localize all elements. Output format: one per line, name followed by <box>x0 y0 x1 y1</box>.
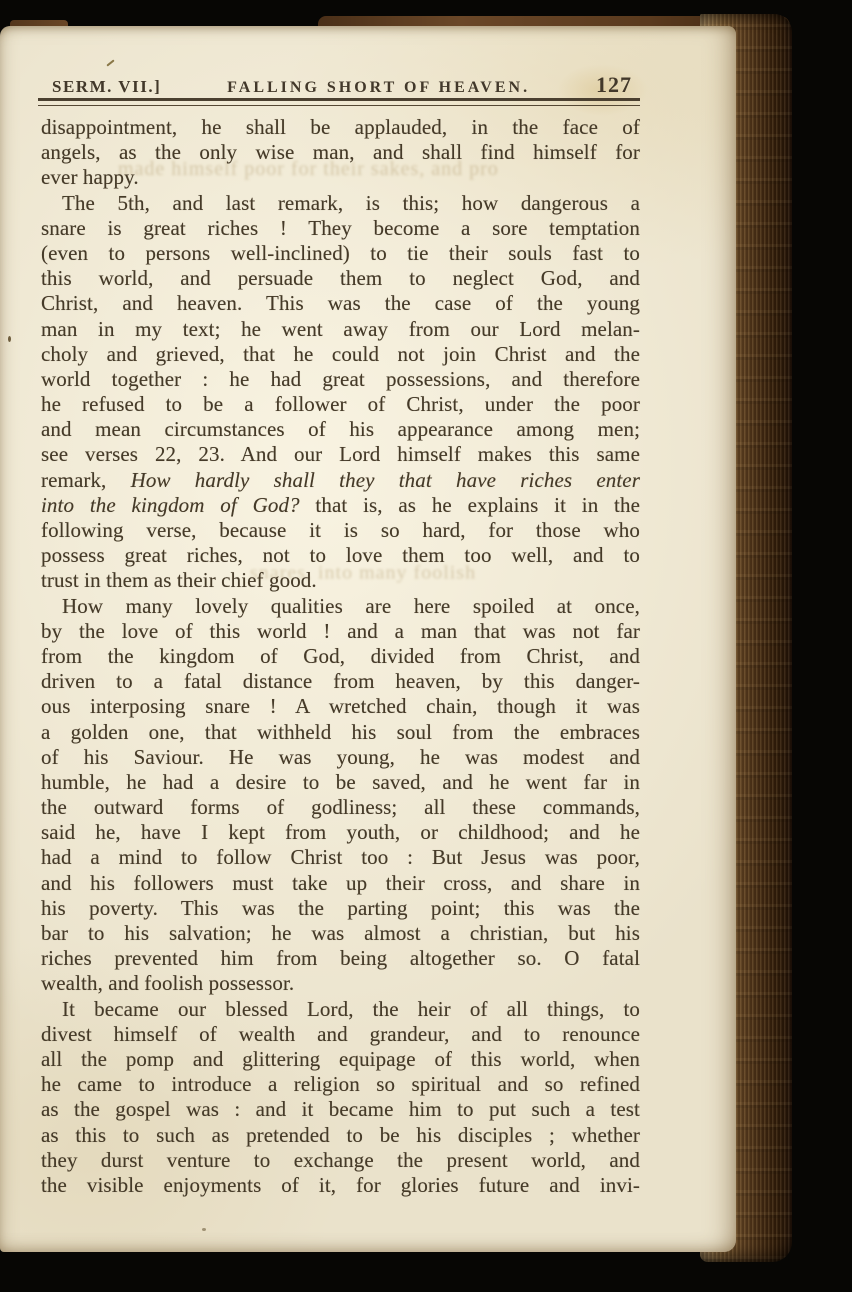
body-run: as this to such as pretended to be his d… <box>41 1123 640 1147</box>
body-run: ever happy. <box>41 165 139 189</box>
text-line: riches prevented him from being altogeth… <box>41 946 640 971</box>
text-line: bar to his salvation; he was almost a ch… <box>41 921 640 946</box>
text-line: had a mind to follow Christ too : But Je… <box>41 845 640 870</box>
scripture-quote-text: How hardly shall they that have riches e… <box>131 468 640 492</box>
ink-speck <box>8 336 11 342</box>
body-run: It became our blessed Lord, the heir of … <box>62 997 640 1021</box>
body-run: humble, he had a desire to be saved, and… <box>41 770 640 794</box>
header-sermon-number: SERM. VII.] <box>52 77 161 97</box>
text-line: and his followers must take up their cro… <box>41 871 640 896</box>
body-run: they durst venture to exchange the prese… <box>41 1148 640 1172</box>
body-run: by the love of this world ! and a man th… <box>41 619 640 643</box>
body-run: man in my text; he went away from our Lo… <box>41 317 640 341</box>
handwritten-pen-mark <box>106 59 114 66</box>
text-line: snare is great riches ! They become a so… <box>41 216 640 241</box>
ink-speck <box>202 1228 206 1231</box>
page-number: 127 <box>596 72 632 98</box>
text-line: driven to a fatal distance from heaven, … <box>41 669 640 694</box>
body-run: choly and grieved, that he could not joi… <box>41 342 640 366</box>
scripture-quote-text: into the kingdom of God? <box>41 493 300 517</box>
text-line: into the kingdom of God? that is, as he … <box>41 493 640 518</box>
text-line: Christ, and heaven. This was the case of… <box>41 291 640 316</box>
text-line: choly and grieved, that he could not joi… <box>41 342 640 367</box>
body-run: had a mind to follow Christ too : But Je… <box>41 845 640 869</box>
text-line: How many lovely qualities are here spoil… <box>41 594 640 619</box>
text-line: humble, he had a desire to be saved, and… <box>41 770 640 795</box>
text-line: he refused to be a follower of Christ, u… <box>41 392 640 417</box>
running-header: SERM. VII.] FALLING SHORT OF HEAVEN. 127 <box>52 72 632 98</box>
text-line: of his Saviour. He was young, he was mod… <box>41 745 640 770</box>
text-line: disappointment, he shall be applauded, i… <box>41 115 640 140</box>
body-run: this world, and persuade them to neglect… <box>41 266 640 290</box>
text-line: ever happy. <box>41 165 640 190</box>
body-run: following verse, because it is so hard, … <box>41 518 640 542</box>
body-run: riches prevented him from being altogeth… <box>41 946 640 970</box>
text-line: trust in them as their chief good. <box>41 568 640 593</box>
body-text: disappointment, he shall be applauded, i… <box>41 115 640 1198</box>
body-run: see verses 22, 23. And our Lord himself … <box>41 442 640 466</box>
body-run: remark, <box>41 468 131 492</box>
text-line: from the kingdom of God, divided from Ch… <box>41 644 640 669</box>
text-line: the outward forms of godliness; all thes… <box>41 795 640 820</box>
body-run: a golden one, that withheld his soul fro… <box>41 720 640 744</box>
body-run: said he, have I kept from youth, or chil… <box>41 820 640 844</box>
body-run: driven to a fatal distance from heaven, … <box>41 669 640 693</box>
text-line: man in my text; he went away from our Lo… <box>41 317 640 342</box>
text-line: divest himself of wealth and grandeur, a… <box>41 1022 640 1047</box>
text-line: ous interposing snare ! A wretched chain… <box>41 694 640 719</box>
body-run: trust in them as their chief good. <box>41 568 317 592</box>
body-run: (even to persons well-inclined) to tie t… <box>41 241 640 265</box>
text-line: the visible enjoyments of it, for glorie… <box>41 1173 640 1198</box>
text-line: all the pomp and glittering equipage of … <box>41 1047 640 1072</box>
body-run: ous interposing snare ! A wretched chain… <box>41 694 640 718</box>
text-line: possess great riches, not to love them t… <box>41 543 640 568</box>
header-double-rule <box>38 98 640 106</box>
body-run: all the pomp and glittering equipage of … <box>41 1047 640 1071</box>
body-run: bar to his salvation; he was almost a ch… <box>41 921 640 945</box>
body-run: he came to introduce a religion so spiri… <box>41 1072 640 1096</box>
body-run: divest himself of wealth and grandeur, a… <box>41 1022 640 1046</box>
body-run: and mean circumstances of his appearance… <box>41 417 640 441</box>
text-line: angels, as the only wise man, and shall … <box>41 140 640 165</box>
body-run: his poverty. This was the parting point;… <box>41 896 640 920</box>
text-line: It became our blessed Lord, the heir of … <box>41 997 640 1022</box>
body-run: Christ, and heaven. This was the case of… <box>41 291 640 315</box>
text-line: remark, How hardly shall they that have … <box>41 468 640 493</box>
body-run: that is, as he explains it in the <box>300 493 640 517</box>
book-page: made himself poor for their sakes, and p… <box>0 26 736 1252</box>
book-photo: { "colors": { "background": "#070604", "… <box>0 0 852 1292</box>
body-run: from the kingdom of God, divided from Ch… <box>41 644 640 668</box>
text-line: said he, have I kept from youth, or chil… <box>41 820 640 845</box>
text-line: see verses 22, 23. And our Lord himself … <box>41 442 640 467</box>
text-line: he came to introduce a religion so spiri… <box>41 1072 640 1097</box>
body-run: angels, as the only wise man, and shall … <box>41 140 640 164</box>
body-run: the outward forms of godliness; all thes… <box>41 795 640 819</box>
body-run: disappointment, he shall be applauded, i… <box>41 115 640 139</box>
text-line: as this to such as pretended to be his d… <box>41 1123 640 1148</box>
text-line: following verse, because it is so hard, … <box>41 518 640 543</box>
text-line: his poverty. This was the parting point;… <box>41 896 640 921</box>
body-run: The 5th, and last remark, is this; how d… <box>62 191 640 215</box>
body-run: of his Saviour. He was young, he was mod… <box>41 745 640 769</box>
body-run: and his followers must take up their cro… <box>41 871 640 895</box>
body-run: world together : he had great possession… <box>41 367 640 391</box>
text-line: (even to persons well-inclined) to tie t… <box>41 241 640 266</box>
text-line: world together : he had great possession… <box>41 367 640 392</box>
body-run: possess great riches, not to love them t… <box>41 543 640 567</box>
body-run: snare is great riches ! They become a so… <box>41 216 640 240</box>
body-run: the visible enjoyments of it, for glorie… <box>41 1173 640 1197</box>
text-line: and mean circumstances of his appearance… <box>41 417 640 442</box>
text-line: they durst venture to exchange the prese… <box>41 1148 640 1173</box>
text-line: a golden one, that withheld his soul fro… <box>41 720 640 745</box>
body-run: wealth, and foolish possessor. <box>41 971 294 995</box>
header-title: FALLING SHORT OF HEAVEN. <box>227 79 530 97</box>
body-run: he refused to be a follower of Christ, u… <box>41 392 640 416</box>
text-line: wealth, and foolish possessor. <box>41 971 640 996</box>
text-line: this world, and persuade them to neglect… <box>41 266 640 291</box>
body-run: as the gospel was : and it became him to… <box>41 1097 640 1121</box>
text-line: by the love of this world ! and a man th… <box>41 619 640 644</box>
body-run: How many lovely qualities are here spoil… <box>62 594 640 618</box>
text-line: The 5th, and last remark, is this; how d… <box>41 191 640 216</box>
text-line: as the gospel was : and it became him to… <box>41 1097 640 1122</box>
